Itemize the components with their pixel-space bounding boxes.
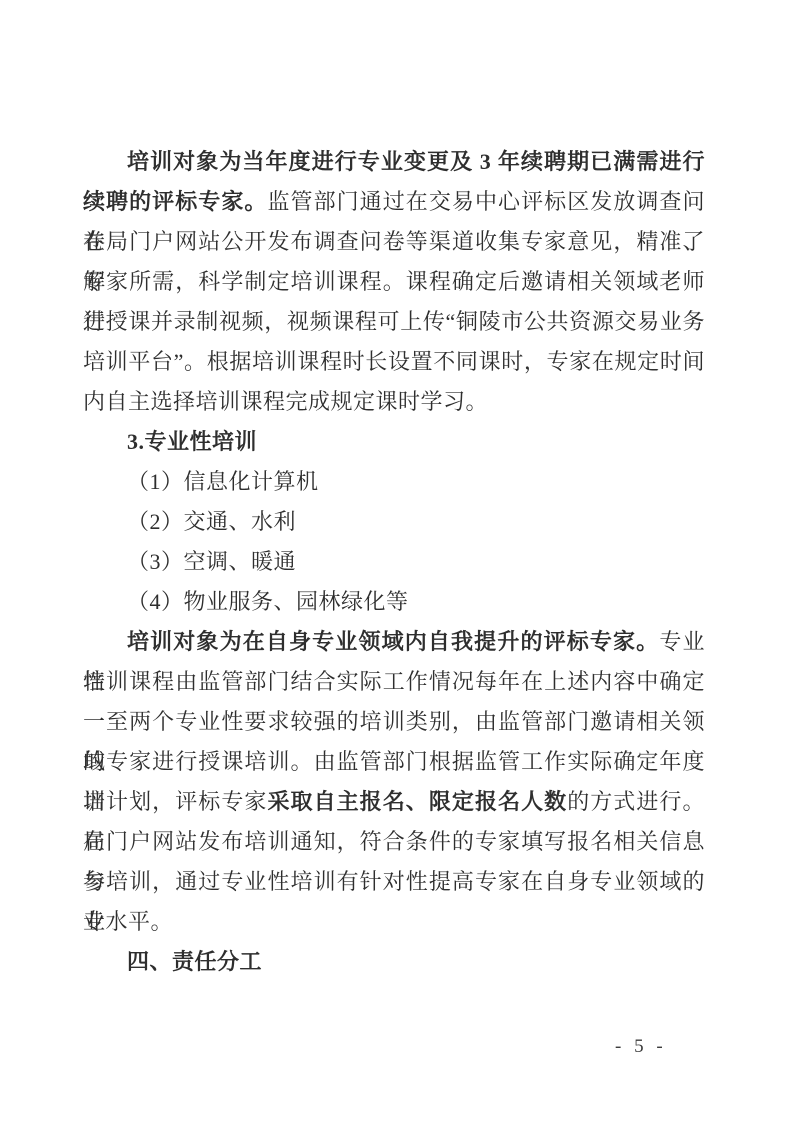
text-line-para1-line4: 专家所需，科学制定培训课程。课程确定后邀请相关领域老师进 (83, 262, 705, 302)
text-run: 四、责任分工 (127, 949, 262, 974)
text-line-para2-line8: 业水平。 (83, 902, 705, 942)
text-line-para2-line6: 局门户网站发布培训通知，符合条件的专家填写报名相关信息参 (83, 822, 705, 862)
text-line-para2-line5: 训计划，评标专家采取自主报名、限定报名人数的方式进行。在 (83, 782, 705, 822)
text-line-list-item-2: （2）交通、水利 (83, 502, 705, 542)
text-run: 训计划，评标专家 (83, 789, 267, 814)
document-page: 培训对象为当年度进行专业变更及 3 年续聘期已满需进行续聘的评标专家。监管部门通… (0, 0, 793, 1121)
text-line-para1-line7: 内自主选择培训课程完成规定课时学习。 (83, 382, 705, 422)
text-line-para2-line7: 与培训，通过专业性培训有针对性提高专家在自身专业领域的专 (83, 862, 705, 902)
text-line-para1-line3: 在局门户网站公开发布调查问卷等渠道收集专家意见，精准了解 (83, 222, 705, 262)
text-line-list-item-4: （4）物业服务、园林绿化等 (83, 582, 705, 622)
text-line-heading-4: 四、责任分工 (83, 942, 705, 982)
text-line-para1-line5: 行授课并录制视频，视频课程可上传“铜陵市公共资源交易业务 (83, 302, 705, 342)
text-line-para1-line6: 培训平台”。根据培训课程时长设置不同课时，专家在规定时间 (83, 342, 705, 382)
text-run: 3.专业性培训 (127, 429, 257, 454)
text-run: 培训对象为在自身专业领域内自我提升的评标专家。 (127, 629, 659, 654)
text-line-list-item-3: （3）空调、暖通 (83, 542, 705, 582)
text-line-para2-line4: 的专家进行授课培训。由监管部门根据监管工作实际确定年度培 (83, 742, 705, 782)
text-run: 培训平台”。根据培训课程时长设置不同课时，专家在规定时间 (83, 349, 705, 374)
page-number: - 5 - (615, 1036, 667, 1058)
text-run: 行授课并录制视频，视频课程可上传“铜陵市公共资源交易业务 (83, 309, 705, 334)
text-run: 续聘的评标专家。 (83, 189, 267, 214)
text-run: 培训对象为当年度进行专业变更及 3 年续聘期已满需进行 (127, 149, 705, 174)
text-run: （1）信息化计算机 (127, 469, 319, 494)
document-body: 培训对象为当年度进行专业变更及 3 年续聘期已满需进行续聘的评标专家。监管部门通… (83, 142, 705, 982)
text-run: （4）物业服务、园林绿化等 (127, 589, 409, 614)
text-line-para2-line1: 培训对象为在自身专业领域内自我提升的评标专家。专业性 (83, 622, 705, 662)
text-line-list-item-1: （1）信息化计算机 (83, 462, 705, 502)
text-line-para1-line2: 续聘的评标专家。监管部门通过在交易中心评标区发放调查问卷、 (83, 182, 705, 222)
text-line-para2-line2: 培训课程由监管部门结合实际工作情况每年在上述内容中确定 (83, 662, 705, 702)
text-run: （3）空调、暖通 (127, 549, 296, 574)
text-run: 培训课程由监管部门结合实际工作情况每年在上述内容中确定 (83, 669, 705, 694)
text-line-para2-line3: 一至两个专业性要求较强的培训类别，由监管部门邀请相关领域 (83, 702, 705, 742)
text-line-heading-3: 3.专业性培训 (83, 422, 705, 462)
text-run: 业水平。 (83, 909, 173, 934)
text-run: 内自主选择培训课程完成规定课时学习。 (83, 389, 488, 414)
text-run: 采取自主报名、限定报名人数 (267, 789, 567, 814)
text-line-para1-line1: 培训对象为当年度进行专业变更及 3 年续聘期已满需进行 (83, 142, 705, 182)
text-run: （2）交通、水利 (127, 509, 296, 534)
